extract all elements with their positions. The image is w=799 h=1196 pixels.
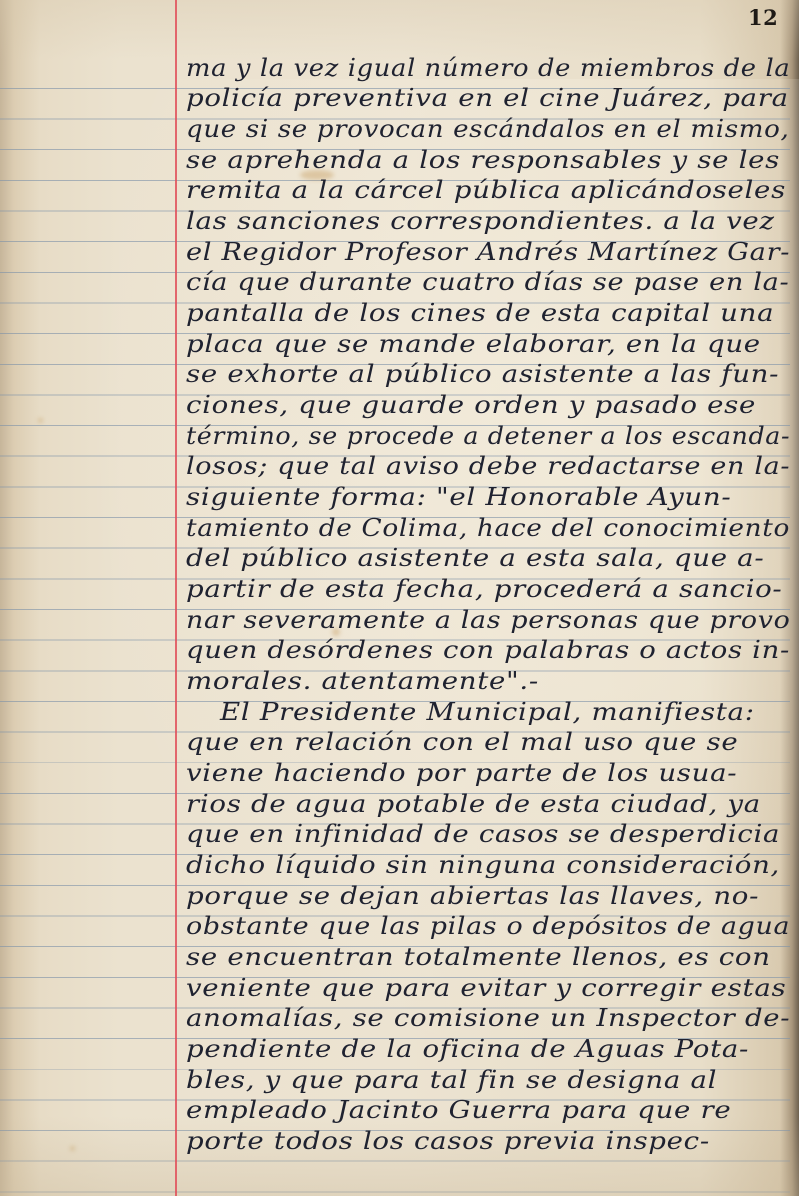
handwritten-line: se aprehenda a los responsables y se les bbox=[186, 144, 780, 176]
ledger-page: 12 ma y la vez igual número de miembros … bbox=[0, 0, 799, 1196]
handwritten-line: El Presidente Municipal, manifiesta: bbox=[220, 696, 755, 728]
handwritten-line: porte todos los casos previa inspec- bbox=[186, 1125, 710, 1157]
handwritten-line: siguiente forma: "el Honorable Ayun- bbox=[186, 481, 731, 513]
handwritten-line: anomalías, se comisione un Inspector de- bbox=[186, 1002, 790, 1034]
handwritten-line: porque se dejan abiertas las llaves, no- bbox=[186, 880, 759, 912]
handwritten-line: pantalla de los cines de esta capital un… bbox=[186, 297, 774, 329]
handwritten-line: dicho líquido sin ninguna consideración, bbox=[186, 849, 780, 881]
handwritten-line: rios de agua potable de esta ciudad, ya bbox=[186, 788, 761, 820]
handwritten-line: tamiento de Colima, hace del conocimient… bbox=[186, 512, 790, 544]
handwritten-line: se encuentran totalmente llenos, es con bbox=[186, 941, 771, 973]
handwritten-line: morales. atentamente".- bbox=[186, 665, 539, 697]
handwritten-line: pendiente de la oficina de Aguas Pota- bbox=[186, 1033, 749, 1065]
handwritten-line: el Regidor Profesor Andrés Martínez Gar- bbox=[186, 236, 790, 268]
handwritten-line: ma y la vez igual número de miembros de … bbox=[186, 52, 790, 84]
handwritten-line: remita a la cárcel pública aplicándosele… bbox=[186, 174, 786, 206]
handwritten-line: ciones, que guarde orden y pasado ese bbox=[186, 389, 756, 421]
handwritten-line: viene haciendo por parte de los usua- bbox=[186, 757, 737, 789]
handwritten-line: del público asistente a esta sala, que a… bbox=[186, 542, 764, 574]
handwritten-line: placa que se mande elaborar, en la que bbox=[186, 328, 761, 360]
paper-stain bbox=[38, 418, 43, 423]
paper-stain bbox=[70, 1146, 75, 1151]
handwritten-line: nar severamente a las personas que provo bbox=[186, 604, 790, 636]
handwritten-line: cía que durante cuatro días se pase en l… bbox=[186, 266, 789, 298]
handwritten-line: obstante que las pilas o depósitos de ag… bbox=[186, 910, 790, 942]
handwritten-line: policía preventiva en el cine Juárez, pa… bbox=[186, 82, 789, 114]
handwritten-line: losos; que tal aviso debe redactarse en … bbox=[186, 450, 790, 482]
handwritten-line: que en relación con el mal uso que se bbox=[186, 726, 738, 758]
handwritten-line: término, se procede a detener a los esca… bbox=[186, 420, 790, 452]
handwritten-line: partir de esta fecha, procederá a sancio… bbox=[186, 573, 782, 605]
handwritten-line: que si se provocan escándalos en el mism… bbox=[186, 113, 789, 145]
handwritten-line: bles, y que para tal fin se designa al bbox=[186, 1064, 717, 1096]
handwritten-line: quen desórdenes con palabras o actos in- bbox=[186, 634, 790, 666]
handwritten-line: empleado Jacinto Guerra para que re bbox=[186, 1094, 731, 1126]
handwritten-line: las sanciones correspondientes. a la vez bbox=[186, 205, 775, 237]
red-margin-line bbox=[175, 0, 177, 1196]
handwritten-line: se exhorte al público asistente a las fu… bbox=[186, 358, 779, 390]
handwritten-line: que en infinidad de casos se desperdicia bbox=[186, 818, 780, 850]
handwritten-line: veniente que para evitar y corregir esta… bbox=[186, 972, 786, 1004]
handwritten-text-block: ma y la vez igual número de miembros de … bbox=[180, 0, 795, 1196]
